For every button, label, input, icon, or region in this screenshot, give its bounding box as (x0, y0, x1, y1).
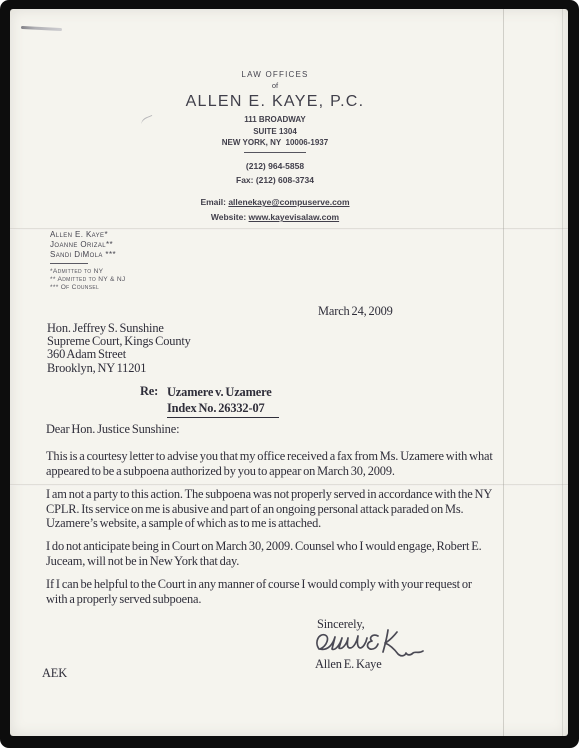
letterhead-divider (244, 152, 306, 153)
admissions-block: *Admitted to NY ** Admitted to NY & NJ *… (50, 268, 126, 293)
website-line: Website: www.kayevisalaw.com (10, 213, 554, 222)
admission-note: *Admitted to NY (50, 268, 126, 276)
fold-crease-middle (10, 484, 568, 486)
recipient-address: Hon. Jeffrey S. Sunshine Supreme Court, … (47, 322, 191, 375)
body-paragraph: This is a courtesy letter to advise you … (46, 449, 568, 478)
admission-note: ** Admitted to NY & NJ (50, 276, 126, 284)
re-label: Re: (140, 384, 167, 418)
body-paragraph: If I can be helpful to the Court in any … (46, 577, 568, 606)
email-line: Email: allenekaye@compuserve.com (10, 198, 554, 207)
email-address: allenekaye@compuserve.com (228, 197, 349, 207)
letter-page: LAW OFFICES of ALLEN E. KAYE, P.C. 111 B… (10, 9, 568, 736)
handwritten-signature (309, 626, 427, 660)
letter-date: March 24, 2009 (318, 304, 393, 319)
attorney-name: Joanne Orizal** (50, 240, 126, 250)
scan-border: LAW OFFICES of ALLEN E. KAYE, P.C. 111 B… (0, 0, 579, 748)
attorney-block: Allen E. Kaye* Joanne Orizal** Sandi DiM… (50, 230, 126, 293)
re-block: Re: Uzamere v. Uzamere Index No. 26332-0… (140, 384, 279, 418)
re-index-number: Index No. 26332-07 (167, 400, 279, 418)
website-url: www.kayevisalaw.com (249, 212, 340, 222)
scan-artifact-line (21, 26, 62, 31)
salutation: Dear Hon. Justice Sunshine: (46, 422, 179, 437)
firm-name: ALLEN E. KAYE, P.C. (10, 94, 554, 110)
attorney-name: Sandi DiMola *** (50, 250, 126, 260)
website-label: Website: (211, 212, 246, 222)
admission-note: *** Of Counsel (50, 284, 126, 292)
firm-address-line: NEW YORK, NY 10006-1937 (10, 137, 554, 149)
page-edge-shadow (562, 9, 563, 736)
body-paragraph: I do not anticipate being in Court on Ma… (46, 539, 568, 568)
re-lines: Uzamere v. Uzamere Index No. 26332-07 (167, 384, 279, 418)
signed-name: Allen E. Kaye (315, 657, 382, 672)
letterhead: LAW OFFICES of ALLEN E. KAYE, P.C. 111 B… (10, 71, 554, 222)
firm-address-line: SUITE 1304 (10, 126, 554, 138)
email-label: Email: (200, 197, 226, 207)
typist-initials: AEK (42, 666, 67, 681)
law-offices-label: LAW OFFICES (10, 71, 554, 79)
phone-number: (212) 964-5858 (10, 162, 554, 171)
re-case-name: Uzamere v. Uzamere (167, 384, 279, 400)
of-label: of (10, 82, 554, 90)
fax-number: Fax: (212) 608-3734 (10, 176, 554, 185)
firm-address-line: 111 BROADWAY (10, 114, 554, 126)
attorney-name: Allen E. Kaye* (50, 230, 126, 240)
body-paragraph: I am not a party to this action. The sub… (46, 487, 568, 531)
attorney-divider (50, 263, 88, 264)
